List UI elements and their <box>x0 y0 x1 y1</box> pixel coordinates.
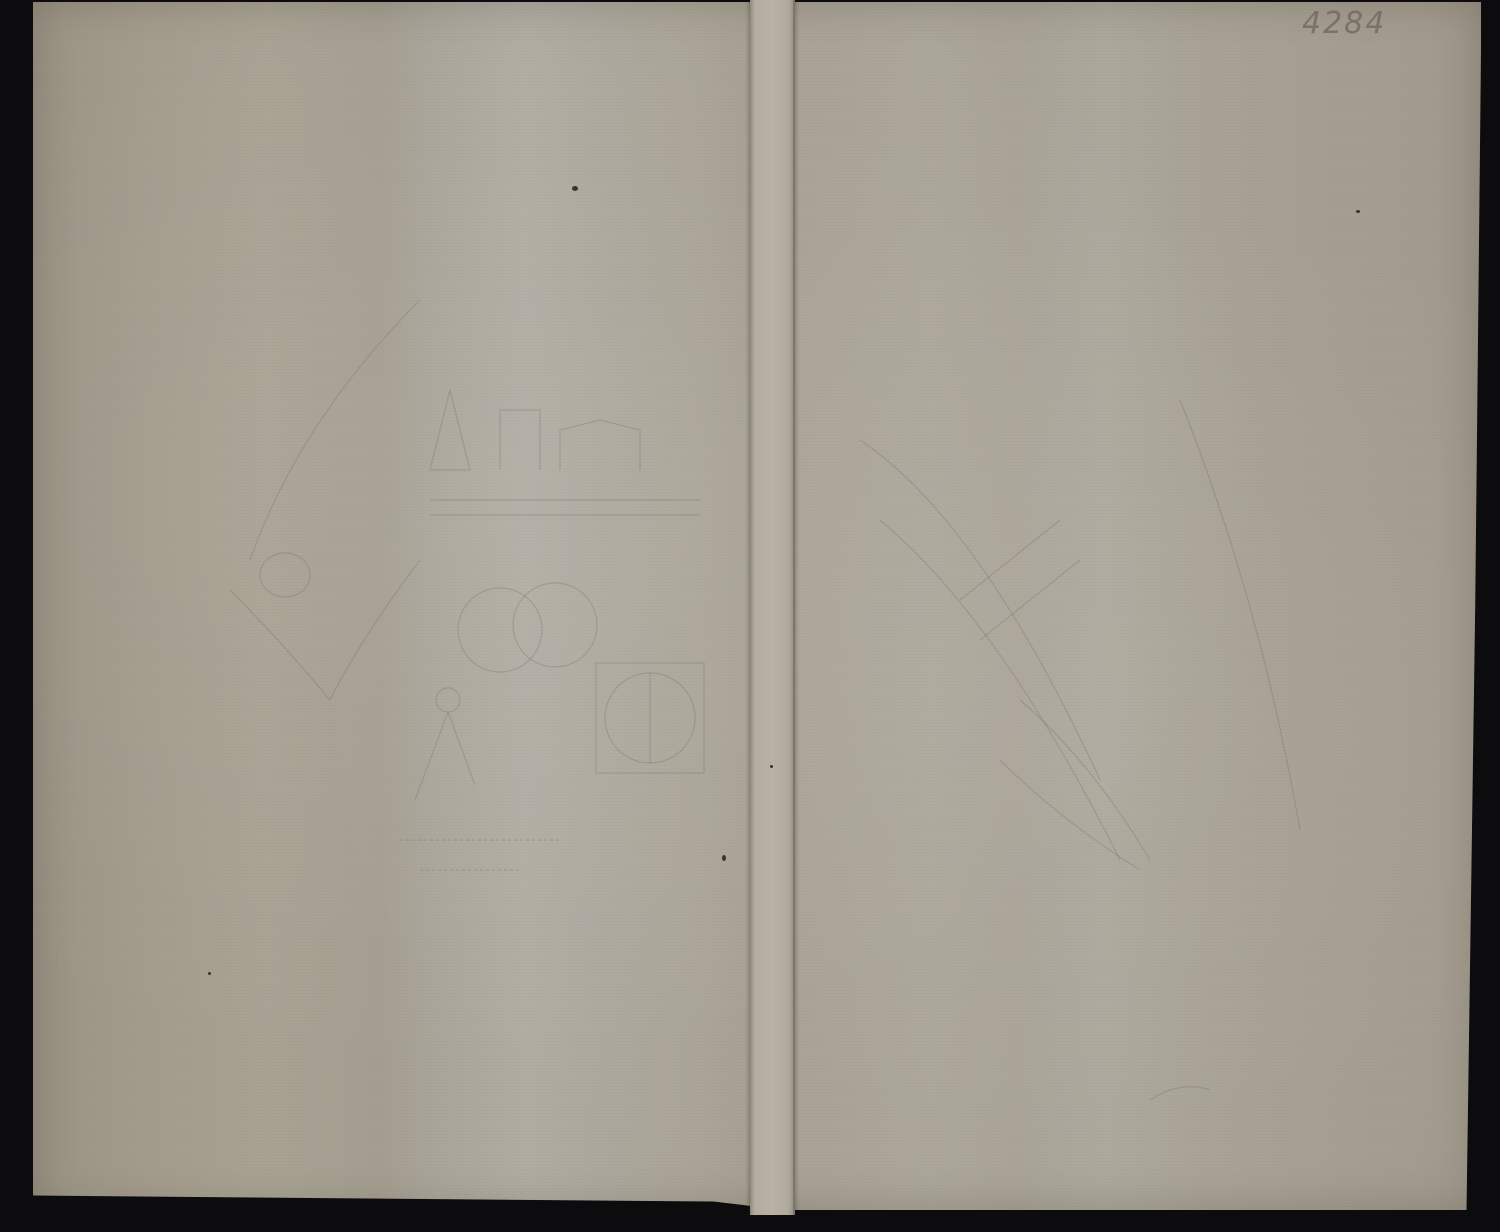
fold-crease <box>793 0 795 1215</box>
ink-spot <box>1356 210 1360 213</box>
ink-spot <box>208 972 211 975</box>
ink-spot <box>722 855 726 861</box>
ink-spot <box>572 186 578 191</box>
ink-spot <box>770 765 773 768</box>
fold-strip <box>750 0 795 1215</box>
handwritten-number: 4284 <box>1302 6 1386 41</box>
